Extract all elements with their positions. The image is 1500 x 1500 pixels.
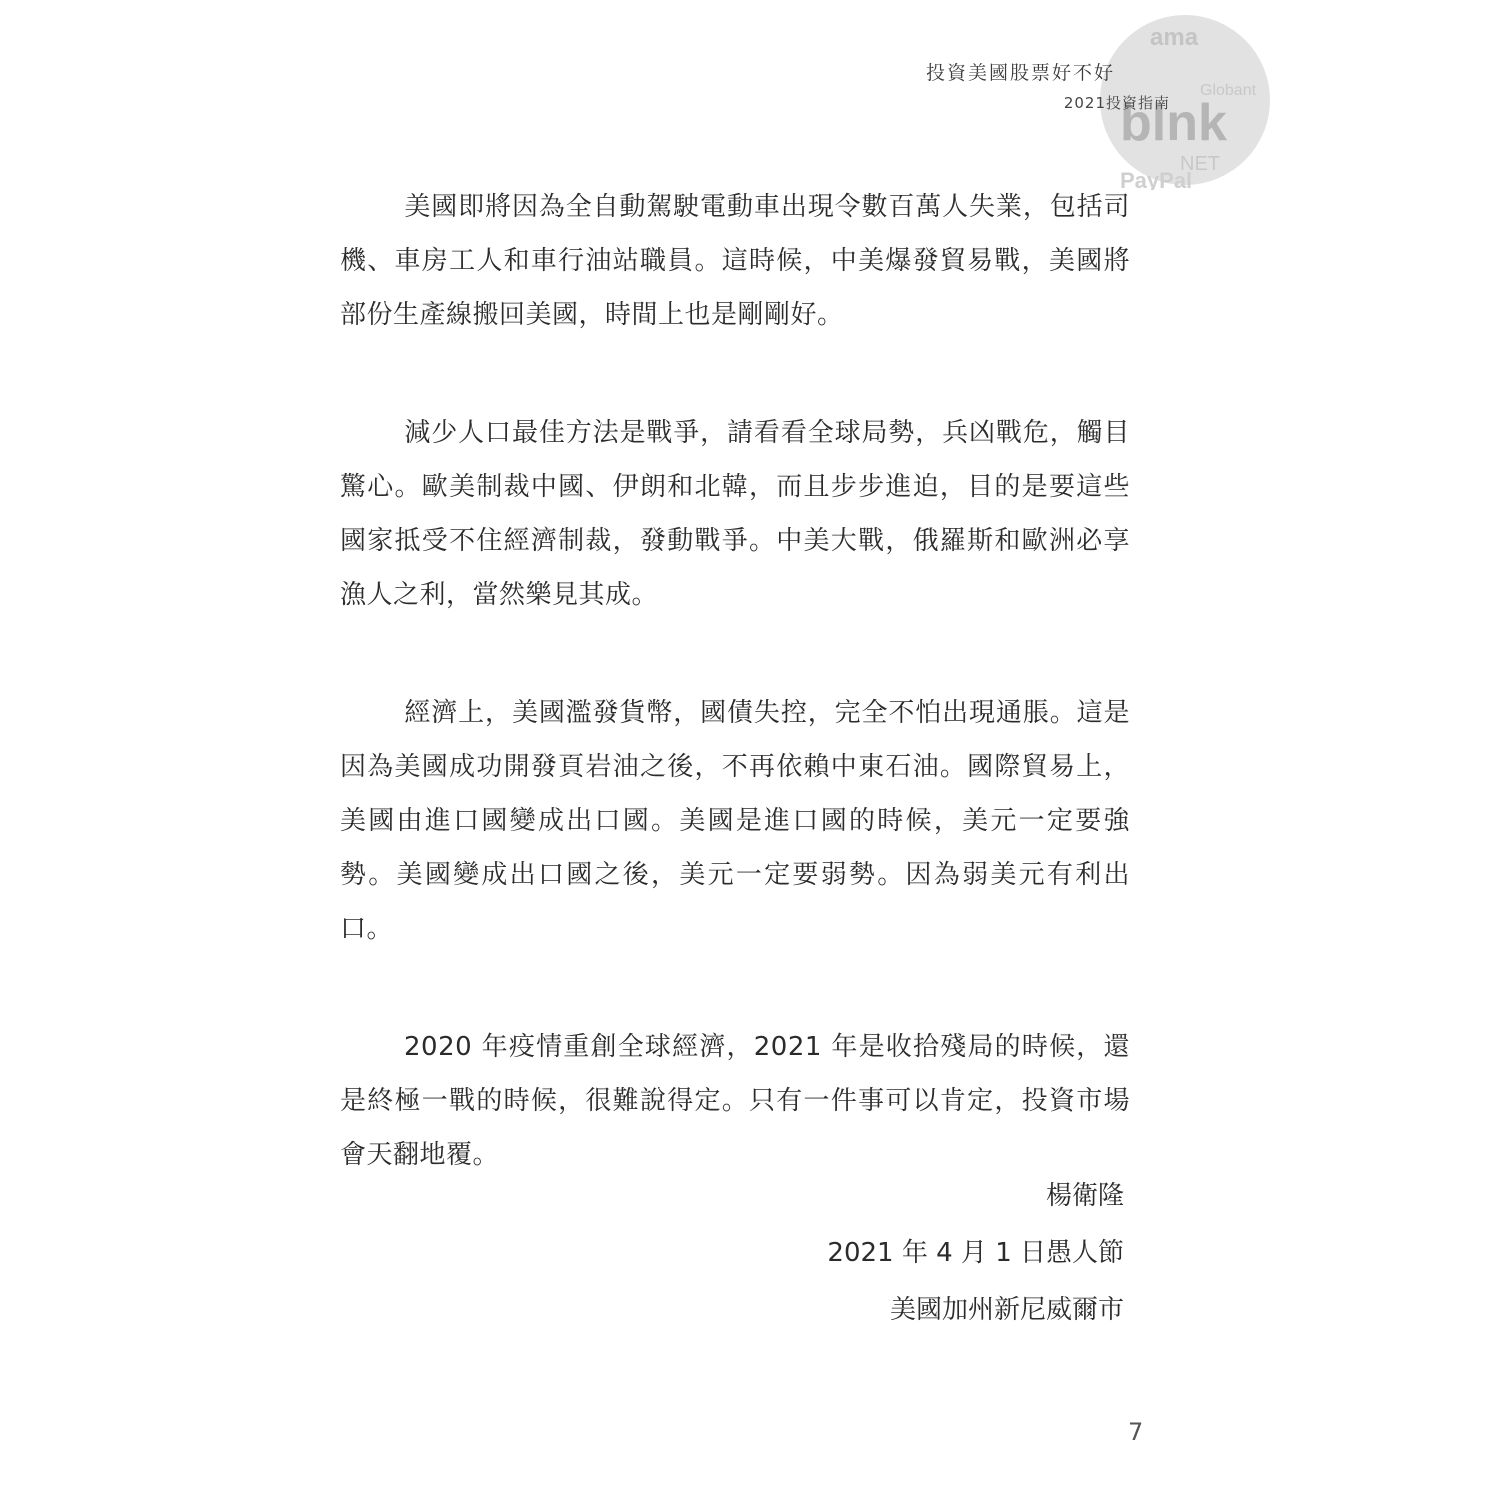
page-number: 7 <box>1128 1418 1143 1446</box>
running-header-title: 投資美國股票好不好 <box>926 58 1115 85</box>
running-header-subtitle: 2021投資指南 <box>1064 92 1170 113</box>
signature-author: 楊衛隆 <box>1046 1175 1124 1212</box>
svg-text:PayPal: PayPal <box>1120 168 1192 190</box>
paragraph: 減少人口最佳方法是戰爭，請看看全球局勢，兵凶戰危，觸目驚心。歐美制裁中國、伊朗和… <box>340 406 1130 622</box>
paragraph: 2020 年疫情重創全球經濟，2021 年是收拾殘局的時候，還是終極一戰的時候，… <box>340 1020 1130 1182</box>
paragraph: 美國即將因為全自動駕駛電動車出現令數百萬人失業，包括司機、車房工人和車行油站職員… <box>340 180 1130 342</box>
svg-text:ama: ama <box>1150 24 1199 51</box>
paragraph: 經濟上，美國濫發貨幣，國債失控，完全不怕出現通脹。這是因為美國成功開發頁岩油之後… <box>340 686 1130 956</box>
body-text: 美國即將因為全自動駕駛電動車出現令數百萬人失業，包括司機、車房工人和車行油站職員… <box>340 180 1130 1182</box>
signature-place: 美國加州新尼威爾市 <box>890 1289 1124 1326</box>
signature-date: 2021 年 4 月 1 日愚人節 <box>827 1232 1124 1269</box>
